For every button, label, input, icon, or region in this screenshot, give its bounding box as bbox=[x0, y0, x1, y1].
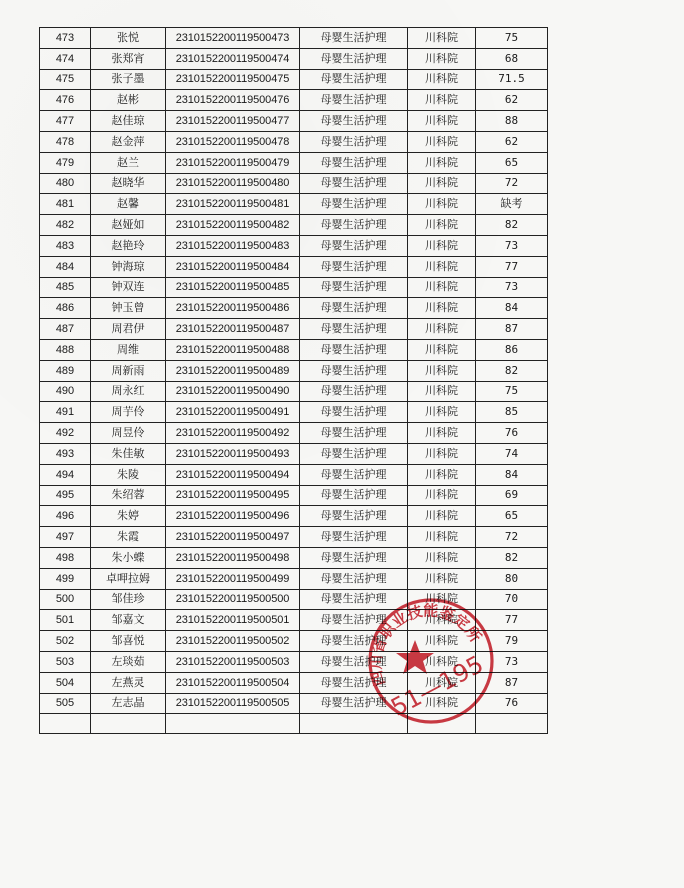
course-cell: 母婴生活护理 bbox=[300, 235, 408, 256]
exam-id-cell: 2310152200119500479 bbox=[166, 152, 300, 173]
table-row: 485钟双连2310152200119500485母婴生活护理川科院73 bbox=[40, 277, 548, 298]
table-row: 497朱霞2310152200119500497母婴生活护理川科院72 bbox=[40, 527, 548, 548]
school-cell: 川科院 bbox=[408, 443, 476, 464]
score-cell: 74 bbox=[476, 443, 548, 464]
table-row: 483赵艳玲2310152200119500483母婴生活护理川科院73 bbox=[40, 235, 548, 256]
name-cell: 周君伊 bbox=[91, 319, 166, 340]
row-number-cell: 499 bbox=[40, 568, 91, 589]
score-cell: 75 bbox=[476, 28, 548, 49]
school-cell: 川科院 bbox=[408, 693, 476, 714]
row-number-cell: 498 bbox=[40, 547, 91, 568]
school-cell: 川科院 bbox=[408, 69, 476, 90]
name-cell: 左琰茹 bbox=[91, 651, 166, 672]
score-cell: 87 bbox=[476, 672, 548, 693]
name-cell: 赵佳琼 bbox=[91, 111, 166, 132]
name-cell: 张子墨 bbox=[91, 69, 166, 90]
table-row: 482赵娅如2310152200119500482母婴生活护理川科院82 bbox=[40, 215, 548, 236]
course-cell: 母婴生活护理 bbox=[300, 215, 408, 236]
name-cell: 邹佳珍 bbox=[91, 589, 166, 610]
exam-id-cell: 2310152200119500482 bbox=[166, 215, 300, 236]
school-cell: 川科院 bbox=[408, 381, 476, 402]
table-row: 487周君伊2310152200119500487母婴生活护理川科院87 bbox=[40, 319, 548, 340]
school-cell: 川科院 bbox=[408, 610, 476, 631]
name-cell: 朱婷 bbox=[91, 506, 166, 527]
row-number-cell: 496 bbox=[40, 506, 91, 527]
course-cell: 母婴生活护理 bbox=[300, 69, 408, 90]
school-cell: 川科院 bbox=[408, 651, 476, 672]
row-number-cell: 485 bbox=[40, 277, 91, 298]
empty-cell bbox=[408, 714, 476, 734]
row-number-cell: 497 bbox=[40, 527, 91, 548]
row-number-cell: 503 bbox=[40, 651, 91, 672]
score-cell: 80 bbox=[476, 568, 548, 589]
score-cell: 73 bbox=[476, 277, 548, 298]
course-cell: 母婴生活护理 bbox=[300, 277, 408, 298]
school-cell: 川科院 bbox=[408, 339, 476, 360]
name-cell: 朱陵 bbox=[91, 464, 166, 485]
empty-table-row bbox=[40, 714, 548, 734]
exam-id-cell: 2310152200119500494 bbox=[166, 464, 300, 485]
school-cell: 川科院 bbox=[408, 111, 476, 132]
name-cell: 周维 bbox=[91, 339, 166, 360]
row-number-cell: 495 bbox=[40, 485, 91, 506]
table-row: 475张子墨2310152200119500475母婴生活护理川科院71.5 bbox=[40, 69, 548, 90]
score-cell: 71.5 bbox=[476, 69, 548, 90]
course-cell: 母婴生活护理 bbox=[300, 610, 408, 631]
score-cell: 68 bbox=[476, 48, 548, 69]
course-cell: 母婴生活护理 bbox=[300, 48, 408, 69]
table-row: 481赵馨2310152200119500481母婴生活护理川科院缺考 bbox=[40, 194, 548, 215]
course-cell: 母婴生活护理 bbox=[300, 152, 408, 173]
school-cell: 川科院 bbox=[408, 506, 476, 527]
exam-id-cell: 2310152200119500495 bbox=[166, 485, 300, 506]
score-cell: 79 bbox=[476, 631, 548, 652]
course-cell: 母婴生活护理 bbox=[300, 381, 408, 402]
school-cell: 川科院 bbox=[408, 90, 476, 111]
row-number-cell: 481 bbox=[40, 194, 91, 215]
name-cell: 周芋伶 bbox=[91, 402, 166, 423]
table-row: 505左志晶2310152200119500505母婴生活护理川科院76 bbox=[40, 693, 548, 714]
course-cell: 母婴生活护理 bbox=[300, 506, 408, 527]
table-row: 476赵彬2310152200119500476母婴生活护理川科院62 bbox=[40, 90, 548, 111]
school-cell: 川科院 bbox=[408, 547, 476, 568]
score-cell: 75 bbox=[476, 381, 548, 402]
table-row: 488周维2310152200119500488母婴生活护理川科院86 bbox=[40, 339, 548, 360]
exam-id-cell: 2310152200119500496 bbox=[166, 506, 300, 527]
course-cell: 母婴生活护理 bbox=[300, 28, 408, 49]
table-row: 496朱婷2310152200119500496母婴生活护理川科院65 bbox=[40, 506, 548, 527]
exam-id-cell: 2310152200119500489 bbox=[166, 360, 300, 381]
row-number-cell: 491 bbox=[40, 402, 91, 423]
exam-id-cell: 2310152200119500497 bbox=[166, 527, 300, 548]
name-cell: 赵艳玲 bbox=[91, 235, 166, 256]
empty-cell bbox=[166, 714, 300, 734]
exam-id-cell: 2310152200119500499 bbox=[166, 568, 300, 589]
exam-id-cell: 2310152200119500481 bbox=[166, 194, 300, 215]
school-cell: 川科院 bbox=[408, 464, 476, 485]
course-cell: 母婴生活护理 bbox=[300, 568, 408, 589]
row-number-cell: 489 bbox=[40, 360, 91, 381]
row-number-cell: 473 bbox=[40, 28, 91, 49]
exam-id-cell: 2310152200119500493 bbox=[166, 443, 300, 464]
score-cell: 84 bbox=[476, 298, 548, 319]
exam-id-cell: 2310152200119500491 bbox=[166, 402, 300, 423]
score-cell: 65 bbox=[476, 506, 548, 527]
score-cell: 70 bbox=[476, 589, 548, 610]
name-cell: 左燕灵 bbox=[91, 672, 166, 693]
exam-id-cell: 2310152200119500474 bbox=[166, 48, 300, 69]
row-number-cell: 493 bbox=[40, 443, 91, 464]
table-row: 492周昱伶2310152200119500492母婴生活护理川科院76 bbox=[40, 423, 548, 444]
school-cell: 川科院 bbox=[408, 527, 476, 548]
table-row: 493朱佳敏2310152200119500493母婴生活护理川科院74 bbox=[40, 443, 548, 464]
school-cell: 川科院 bbox=[408, 48, 476, 69]
exam-id-cell: 2310152200119500505 bbox=[166, 693, 300, 714]
table-row: 503左琰茹2310152200119500503母婴生活护理川科院73 bbox=[40, 651, 548, 672]
exam-id-cell: 2310152200119500504 bbox=[166, 672, 300, 693]
school-cell: 川科院 bbox=[408, 215, 476, 236]
score-cell: 82 bbox=[476, 360, 548, 381]
school-cell: 川科院 bbox=[408, 360, 476, 381]
course-cell: 母婴生活护理 bbox=[300, 464, 408, 485]
score-cell: 72 bbox=[476, 527, 548, 548]
name-cell: 赵馨 bbox=[91, 194, 166, 215]
course-cell: 母婴生活护理 bbox=[300, 194, 408, 215]
school-cell: 川科院 bbox=[408, 402, 476, 423]
name-cell: 卓呷拉姆 bbox=[91, 568, 166, 589]
course-cell: 母婴生活护理 bbox=[300, 485, 408, 506]
exam-id-cell: 2310152200119500486 bbox=[166, 298, 300, 319]
school-cell: 川科院 bbox=[408, 277, 476, 298]
course-cell: 母婴生活护理 bbox=[300, 360, 408, 381]
school-cell: 川科院 bbox=[408, 423, 476, 444]
name-cell: 朱小蝶 bbox=[91, 547, 166, 568]
exam-id-cell: 2310152200119500490 bbox=[166, 381, 300, 402]
exam-id-cell: 2310152200119500501 bbox=[166, 610, 300, 631]
name-cell: 赵彬 bbox=[91, 90, 166, 111]
exam-id-cell: 2310152200119500503 bbox=[166, 651, 300, 672]
school-cell: 川科院 bbox=[408, 485, 476, 506]
school-cell: 川科院 bbox=[408, 589, 476, 610]
table-row: 495朱绍蓉2310152200119500495母婴生活护理川科院69 bbox=[40, 485, 548, 506]
table-row: 484钟海琼2310152200119500484母婴生活护理川科院77 bbox=[40, 256, 548, 277]
row-number-cell: 476 bbox=[40, 90, 91, 111]
name-cell: 赵晓华 bbox=[91, 173, 166, 194]
name-cell: 朱佳敏 bbox=[91, 443, 166, 464]
score-cell: 85 bbox=[476, 402, 548, 423]
empty-cell bbox=[300, 714, 408, 734]
exam-id-cell: 2310152200119500502 bbox=[166, 631, 300, 652]
table-row: 490周永红2310152200119500490母婴生活护理川科院75 bbox=[40, 381, 548, 402]
row-number-cell: 477 bbox=[40, 111, 91, 132]
score-cell: 77 bbox=[476, 610, 548, 631]
table-row: 491周芋伶2310152200119500491母婴生活护理川科院85 bbox=[40, 402, 548, 423]
table-row: 504左燕灵2310152200119500504母婴生活护理川科院87 bbox=[40, 672, 548, 693]
school-cell: 川科院 bbox=[408, 298, 476, 319]
score-cell: 87 bbox=[476, 319, 548, 340]
table-row: 500邹佳珍2310152200119500500母婴生活护理川科院70 bbox=[40, 589, 548, 610]
table-row: 479赵兰2310152200119500479母婴生活护理川科院65 bbox=[40, 152, 548, 173]
score-cell: 73 bbox=[476, 235, 548, 256]
school-cell: 川科院 bbox=[408, 568, 476, 589]
table-row: 474张郑宵2310152200119500474母婴生活护理川科院68 bbox=[40, 48, 548, 69]
exam-id-cell: 2310152200119500475 bbox=[166, 69, 300, 90]
exam-id-cell: 2310152200119500476 bbox=[166, 90, 300, 111]
course-cell: 母婴生活护理 bbox=[300, 256, 408, 277]
table-row: 499卓呷拉姆2310152200119500499母婴生活护理川科院80 bbox=[40, 568, 548, 589]
school-cell: 川科院 bbox=[408, 194, 476, 215]
row-number-cell: 482 bbox=[40, 215, 91, 236]
course-cell: 母婴生活护理 bbox=[300, 131, 408, 152]
score-cell: 84 bbox=[476, 464, 548, 485]
course-cell: 母婴生活护理 bbox=[300, 173, 408, 194]
exam-id-cell: 2310152200119500483 bbox=[166, 235, 300, 256]
row-number-cell: 478 bbox=[40, 131, 91, 152]
course-cell: 母婴生活护理 bbox=[300, 298, 408, 319]
row-number-cell: 474 bbox=[40, 48, 91, 69]
row-number-cell: 486 bbox=[40, 298, 91, 319]
exam-id-cell: 2310152200119500492 bbox=[166, 423, 300, 444]
score-cell: 82 bbox=[476, 215, 548, 236]
course-cell: 母婴生活护理 bbox=[300, 111, 408, 132]
row-number-cell: 505 bbox=[40, 693, 91, 714]
table-row: 477赵佳琼2310152200119500477母婴生活护理川科院88 bbox=[40, 111, 548, 132]
exam-id-cell: 2310152200119500484 bbox=[166, 256, 300, 277]
school-cell: 川科院 bbox=[408, 152, 476, 173]
name-cell: 左志晶 bbox=[91, 693, 166, 714]
row-number-cell: 484 bbox=[40, 256, 91, 277]
exam-id-cell: 2310152200119500473 bbox=[166, 28, 300, 49]
score-cell: 77 bbox=[476, 256, 548, 277]
exam-id-cell: 2310152200119500487 bbox=[166, 319, 300, 340]
row-number-cell: 490 bbox=[40, 381, 91, 402]
row-number-cell: 480 bbox=[40, 173, 91, 194]
score-cell: 62 bbox=[476, 131, 548, 152]
school-cell: 川科院 bbox=[408, 256, 476, 277]
exam-id-cell: 2310152200119500500 bbox=[166, 589, 300, 610]
course-cell: 母婴生活护理 bbox=[300, 527, 408, 548]
table-row: 494朱陵2310152200119500494母婴生活护理川科院84 bbox=[40, 464, 548, 485]
table-row: 502邹喜悦2310152200119500502母婴生活护理川科院79 bbox=[40, 631, 548, 652]
score-cell: 69 bbox=[476, 485, 548, 506]
course-cell: 母婴生活护理 bbox=[300, 547, 408, 568]
course-cell: 母婴生活护理 bbox=[300, 589, 408, 610]
score-cell: 76 bbox=[476, 423, 548, 444]
row-number-cell: 501 bbox=[40, 610, 91, 631]
course-cell: 母婴生活护理 bbox=[300, 339, 408, 360]
empty-cell bbox=[91, 714, 166, 734]
row-number-cell: 492 bbox=[40, 423, 91, 444]
row-number-cell: 487 bbox=[40, 319, 91, 340]
name-cell: 邹喜悦 bbox=[91, 631, 166, 652]
school-cell: 川科院 bbox=[408, 235, 476, 256]
exam-id-cell: 2310152200119500488 bbox=[166, 339, 300, 360]
course-cell: 母婴生活护理 bbox=[300, 423, 408, 444]
row-number-cell: 502 bbox=[40, 631, 91, 652]
exam-id-cell: 2310152200119500480 bbox=[166, 173, 300, 194]
course-cell: 母婴生活护理 bbox=[300, 402, 408, 423]
exam-id-cell: 2310152200119500477 bbox=[166, 111, 300, 132]
name-cell: 朱绍蓉 bbox=[91, 485, 166, 506]
name-cell: 钟双连 bbox=[91, 277, 166, 298]
school-cell: 川科院 bbox=[408, 319, 476, 340]
course-cell: 母婴生活护理 bbox=[300, 631, 408, 652]
name-cell: 赵兰 bbox=[91, 152, 166, 173]
score-cell: 65 bbox=[476, 152, 548, 173]
exam-id-cell: 2310152200119500498 bbox=[166, 547, 300, 568]
table-row: 478赵金萍2310152200119500478母婴生活护理川科院62 bbox=[40, 131, 548, 152]
school-cell: 川科院 bbox=[408, 131, 476, 152]
score-cell: 88 bbox=[476, 111, 548, 132]
empty-cell bbox=[40, 714, 91, 734]
name-cell: 邹嘉文 bbox=[91, 610, 166, 631]
table-row: 498朱小蝶2310152200119500498母婴生活护理川科院82 bbox=[40, 547, 548, 568]
row-number-cell: 494 bbox=[40, 464, 91, 485]
school-cell: 川科院 bbox=[408, 173, 476, 194]
name-cell: 朱霞 bbox=[91, 527, 166, 548]
course-cell: 母婴生活护理 bbox=[300, 672, 408, 693]
score-cell: 62 bbox=[476, 90, 548, 111]
table-row: 489周新雨2310152200119500489母婴生活护理川科院82 bbox=[40, 360, 548, 381]
score-table-body: 473张悦2310152200119500473母婴生活护理川科院75474张郑… bbox=[40, 28, 548, 734]
school-cell: 川科院 bbox=[408, 28, 476, 49]
exam-id-cell: 2310152200119500485 bbox=[166, 277, 300, 298]
name-cell: 张郑宵 bbox=[91, 48, 166, 69]
course-cell: 母婴生活护理 bbox=[300, 651, 408, 672]
school-cell: 川科院 bbox=[408, 631, 476, 652]
name-cell: 赵娅如 bbox=[91, 215, 166, 236]
score-cell: 86 bbox=[476, 339, 548, 360]
score-table: 473张悦2310152200119500473母婴生活护理川科院75474张郑… bbox=[39, 27, 548, 734]
exam-id-cell: 2310152200119500478 bbox=[166, 131, 300, 152]
score-cell: 73 bbox=[476, 651, 548, 672]
name-cell: 赵金萍 bbox=[91, 131, 166, 152]
course-cell: 母婴生活护理 bbox=[300, 90, 408, 111]
row-number-cell: 500 bbox=[40, 589, 91, 610]
score-cell: 76 bbox=[476, 693, 548, 714]
row-number-cell: 479 bbox=[40, 152, 91, 173]
name-cell: 周永红 bbox=[91, 381, 166, 402]
table-row: 480赵晓华2310152200119500480母婴生活护理川科院72 bbox=[40, 173, 548, 194]
course-cell: 母婴生活护理 bbox=[300, 693, 408, 714]
row-number-cell: 504 bbox=[40, 672, 91, 693]
row-number-cell: 488 bbox=[40, 339, 91, 360]
course-cell: 母婴生活护理 bbox=[300, 443, 408, 464]
empty-cell bbox=[476, 714, 548, 734]
course-cell: 母婴生活护理 bbox=[300, 319, 408, 340]
table-row: 486钟玉曾2310152200119500486母婴生活护理川科院84 bbox=[40, 298, 548, 319]
score-cell: 82 bbox=[476, 547, 548, 568]
score-cell: 72 bbox=[476, 173, 548, 194]
name-cell: 张悦 bbox=[91, 28, 166, 49]
scanned-document-page: 473张悦2310152200119500473母婴生活护理川科院75474张郑… bbox=[0, 0, 684, 888]
table-row: 501邹嘉文2310152200119500501母婴生活护理川科院77 bbox=[40, 610, 548, 631]
table-row: 473张悦2310152200119500473母婴生活护理川科院75 bbox=[40, 28, 548, 49]
name-cell: 钟海琼 bbox=[91, 256, 166, 277]
row-number-cell: 475 bbox=[40, 69, 91, 90]
name-cell: 周昱伶 bbox=[91, 423, 166, 444]
row-number-cell: 483 bbox=[40, 235, 91, 256]
school-cell: 川科院 bbox=[408, 672, 476, 693]
name-cell: 周新雨 bbox=[91, 360, 166, 381]
score-cell: 缺考 bbox=[476, 194, 548, 215]
name-cell: 钟玉曾 bbox=[91, 298, 166, 319]
